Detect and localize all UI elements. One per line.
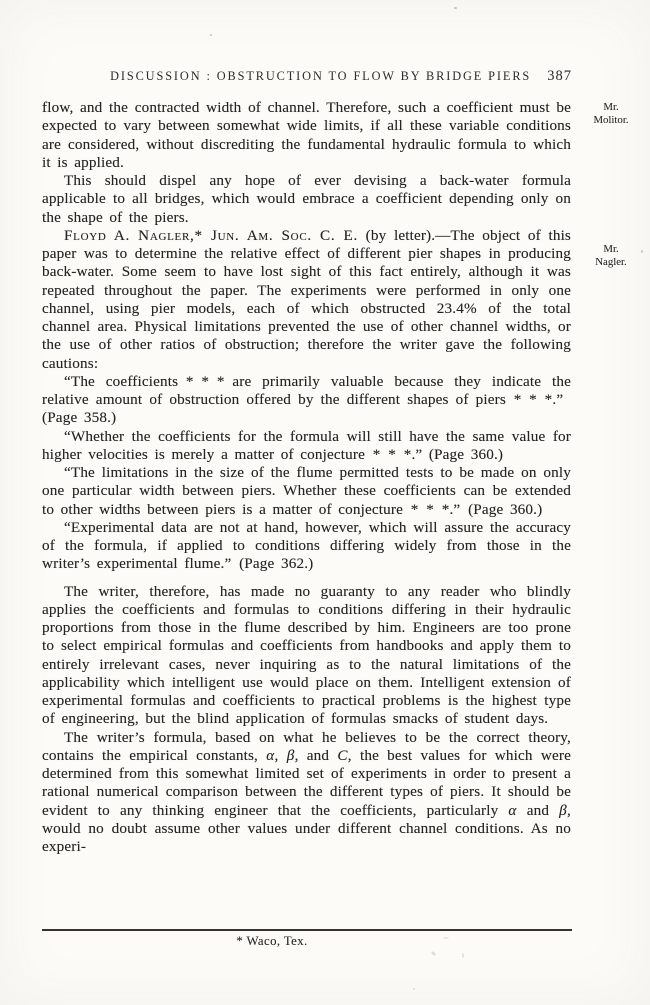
symbol-alpha: α: [266, 747, 274, 764]
paragraph-nagler-opening: Floyd A. Nagler,* Jun. Am. Soc. C. E. (b…: [42, 227, 571, 373]
formula-text-and: , and: [295, 747, 338, 764]
paragraph-guaranty: The writer, therefore, has made no guara…: [42, 583, 571, 729]
symbol-beta: β: [287, 747, 295, 764]
margin-note-molitor-line1: Mr.: [574, 101, 648, 114]
margin-note-molitor: Mr. Molitor.: [574, 101, 648, 126]
formula-text-sep: ,: [275, 747, 287, 764]
page-number: 387: [547, 68, 572, 85]
paragraph-formula: The writer’s formula, based on what he b…: [42, 729, 571, 857]
quoted-caution-3: “The limitations in the size of the flum…: [42, 464, 571, 519]
scan-speck: [413, 988, 415, 990]
margin-note-nagler: Mr. Nagler.: [574, 243, 648, 268]
scanned-page: DISCUSSION : OBSTRUCTION TO FLOW BY BRID…: [0, 0, 650, 1005]
scan-speck: [210, 34, 212, 36]
symbol-alpha-2: α: [508, 802, 516, 819]
quoted-caution-4: “Experimental data are not at hand, howe…: [42, 519, 571, 574]
page-body: flow, and the contracted width of channe…: [42, 99, 571, 856]
running-head: DISCUSSION : OBSTRUCTION TO FLOW BY BRID…: [42, 69, 547, 84]
paragraph-dispel: This should dispel any hope of ever devi…: [42, 172, 571, 227]
margin-note-molitor-line2: Molitor.: [574, 114, 648, 127]
quoted-caution-2: “Whether the coefficients for the formul…: [42, 428, 571, 465]
scan-speck: [462, 953, 464, 958]
paragraph-molitor-continuation: flow, and the contracted width of channe…: [42, 99, 571, 172]
symbol-c: C: [337, 747, 347, 764]
formula-text-and-2: and: [517, 802, 559, 819]
footnote-text: * Waco, Tex.: [42, 934, 502, 949]
scan-speck: [454, 7, 457, 9]
page-header: DISCUSSION : OBSTRUCTION TO FLOW BY BRID…: [42, 68, 572, 85]
quoted-caution-1: “The coefficients * * * are primarily va…: [42, 373, 571, 428]
scan-speck: [431, 951, 437, 957]
scan-speck: [443, 937, 449, 939]
paragraph-nagler-text: (by letter).—The object of this paper wa…: [42, 227, 571, 372]
speaker-name: Floyd A. Nagler,* Jun. Am. Soc. C. E.: [64, 227, 358, 244]
symbol-beta-2: β: [559, 802, 567, 819]
scan-speck: [641, 250, 643, 253]
margin-note-nagler-line2: Nagler.: [574, 256, 648, 269]
margin-note-nagler-line1: Mr.: [574, 243, 648, 256]
footnote-divider: [42, 929, 572, 931]
